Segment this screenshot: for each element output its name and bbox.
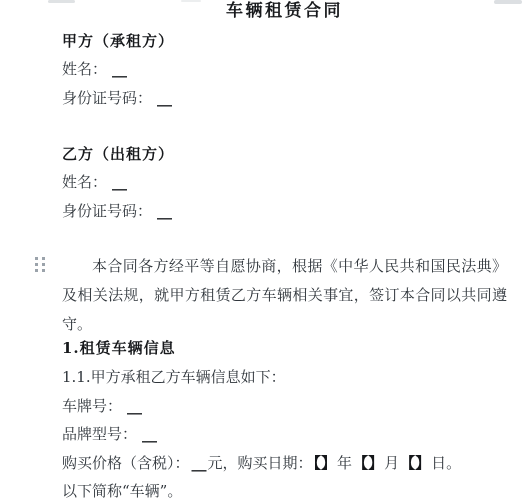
party-a-name-line: 姓名：__	[62, 61, 507, 78]
party-b-id-blank: __	[157, 202, 172, 220]
intro-paragraph: 本合同各方经平等自愿协商，根据《中华人民共和国民法典》及相关法规，就甲方租赁乙方…	[62, 252, 507, 338]
party-a-id-label: 身份证号码：	[62, 89, 152, 107]
party-b-id-label: 身份证号码：	[62, 202, 152, 220]
party-b-id-line: 身份证号码：__	[62, 203, 507, 220]
brand-model-label: 品牌型号：	[62, 425, 137, 443]
party-b-heading: 乙方（出租方）	[62, 146, 507, 163]
purchase-price-blank: __	[192, 454, 207, 472]
party-a-id-line: 身份证号码：__	[62, 90, 507, 107]
party-a-name-label: 姓名：	[62, 60, 107, 78]
vehicle-alias-line: 以下简称“车辆”。	[62, 483, 507, 500]
contract-title: 车辆租赁合同	[62, 2, 507, 21]
date-day-brackets: 【】	[400, 454, 430, 472]
plate-number-label: 车牌号：	[62, 397, 122, 415]
party-b-name-line: 姓名：__	[62, 174, 507, 191]
party-a-id-blank: __	[157, 89, 172, 107]
purchase-price-label: 购买价格（含税）：	[62, 454, 190, 472]
brand-model-line: 品牌型号：__	[62, 426, 507, 443]
plate-number-blank: __	[127, 397, 142, 415]
purchase-date-label: 元，购买日期：	[208, 454, 313, 472]
party-b-name-blank: __	[112, 173, 127, 191]
plate-number-line: 车牌号：__	[62, 398, 507, 415]
section-1-1-line: 1.1.甲方承租乙方车辆信息如下：	[62, 369, 507, 386]
party-b-name-label: 姓名：	[62, 173, 107, 191]
date-month-brackets: 【】	[353, 454, 383, 472]
party-a-name-blank: __	[112, 60, 127, 78]
section-1-heading: 1.租赁车辆信息	[62, 340, 507, 357]
document-page: 车辆租赁合同 甲方（承租方） 姓名：__ 身份证号码：__ 乙方（出租方） 姓名…	[0, 0, 527, 500]
date-year-label: 年	[337, 454, 352, 472]
brand-model-blank: __	[142, 425, 157, 443]
date-day-label: 日。	[431, 454, 461, 472]
date-month-label: 月	[384, 454, 399, 472]
party-a-heading: 甲方（承租方）	[62, 33, 507, 50]
purchase-line: 购买价格（含税）：__元，购买日期：【】年【】月【】日。	[62, 455, 507, 472]
date-year-brackets: 【】	[314, 454, 337, 472]
drag-handle-icon[interactable]	[35, 257, 45, 272]
